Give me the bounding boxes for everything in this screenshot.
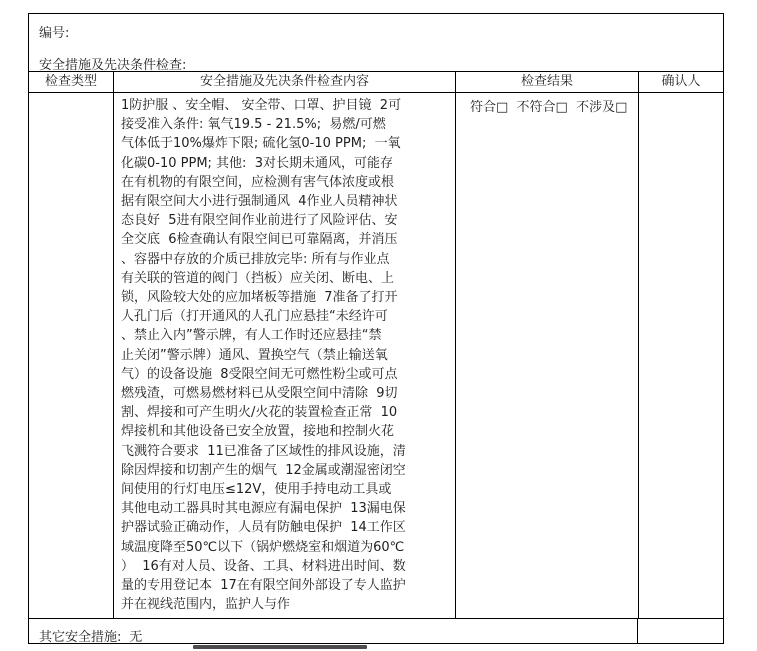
table-bottom-drag-bar[interactable] [193, 645, 367, 649]
check-content-text: 1防护服 、安全帽、 安全带、口罩、护目镜 2可 接受准入条件: 氧气19.5 … [114, 93, 455, 614]
header-check-type: 检查类型 [29, 72, 114, 92]
header-confirmer: 确认人 [639, 72, 723, 92]
other-measures-cell: 其它安全措施:无 [29, 619, 638, 644]
other-measures-value: 无 [129, 630, 142, 644]
header-check-result: 检查结果 [456, 72, 639, 92]
form-info-box: 编号: 安全措施及先决条件检查: [29, 14, 723, 72]
cell-check-type [29, 93, 114, 618]
check-result-options[interactable]: 符合□ 不符合□ 不涉及□ [456, 93, 638, 117]
cell-check-content: 1防护服 、安全帽、 安全带、口罩、护目镜 2可 接受准入条件: 氧气19.5 … [114, 93, 456, 618]
table-footer-row: 其它安全措施:无 [29, 619, 723, 644]
table-header-row: 检查类型 安全措施及先决条件检查内容 检查结果 确认人 [29, 72, 723, 93]
section-title: 安全措施及先决条件检查: [39, 54, 713, 73]
cell-confirmer [639, 93, 723, 618]
other-measures-label: 其它安全措施: [39, 630, 121, 644]
footer-confirmer-cell [638, 619, 723, 644]
cell-check-result[interactable]: 符合□ 不符合□ 不涉及□ [456, 93, 639, 618]
table-body-row: 1防护服 、安全帽、 安全带、口罩、护目镜 2可 接受准入条件: 氧气19.5 … [29, 93, 723, 619]
document-page: 编号: 安全措施及先决条件检查: 检查类型 安全措施及先决条件检查内容 检查结果… [0, 0, 757, 651]
form-number-label: 编号: [39, 22, 713, 41]
header-check-content: 安全措施及先决条件检查内容 [114, 72, 456, 92]
safety-check-form-table: 编号: 安全措施及先决条件检查: 检查类型 安全措施及先决条件检查内容 检查结果… [28, 13, 724, 644]
